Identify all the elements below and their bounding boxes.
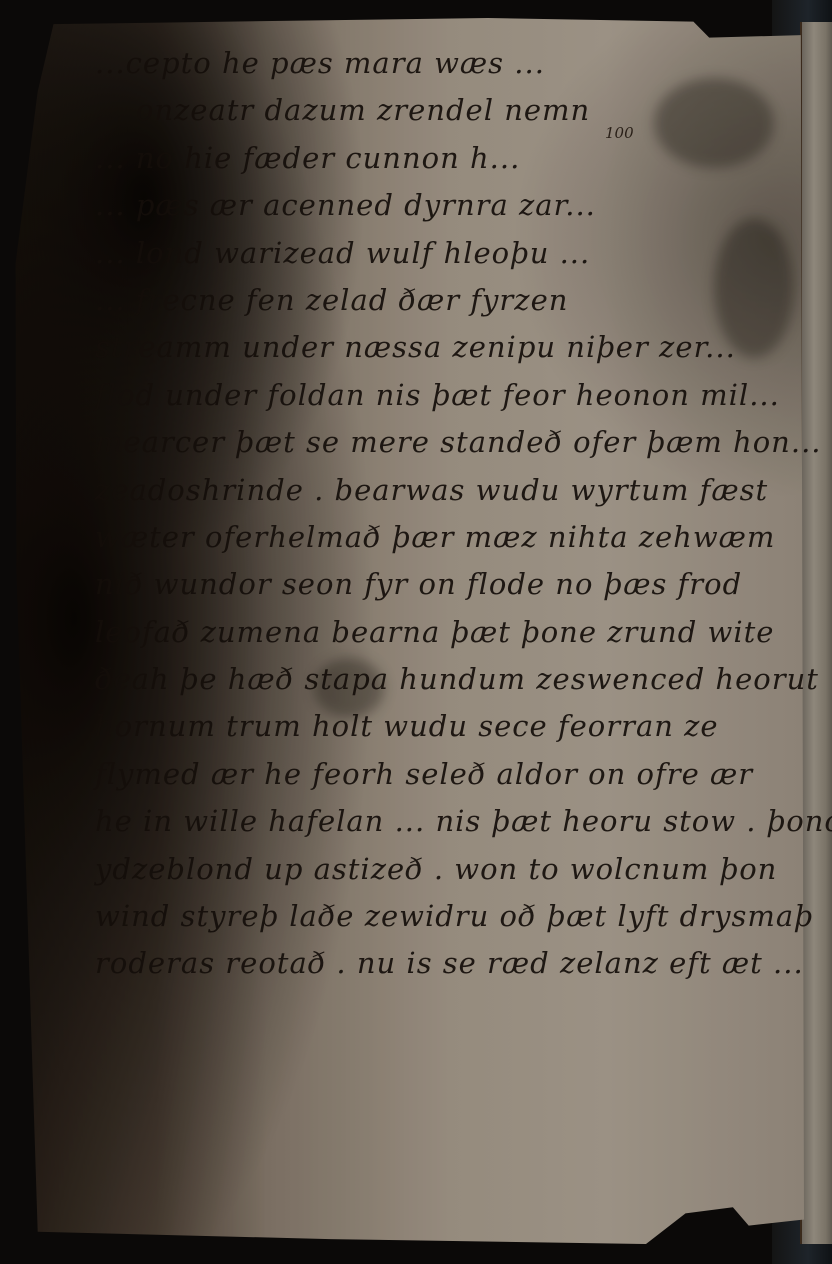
text-line: ... onzeatr dazum zrendel nemn (95, 87, 775, 134)
text-line: flod under foldan nis þæt feor heonon mi… (95, 372, 775, 419)
manuscript-text: ...cepto he pæs mara wæs ... ... onzeatr… (95, 40, 775, 988)
text-line: ... frecne fen zelad ðær fyrzen (95, 277, 775, 324)
text-line: ...cepto he pæs mara wæs ... (95, 40, 775, 87)
text-line: ... no hie fæder cunnon h... (95, 135, 775, 182)
text-line: ... pæs ær acenned dyrnra zar... (95, 182, 775, 229)
text-line: nið wundor seon fyr on flode no þæs frod (95, 561, 775, 608)
text-line: ydzeblond up astizeð . won to wolcnum þo… (95, 846, 775, 893)
text-line: zeadoshrinde . bearwas wudu wyrtum fæst (95, 467, 775, 514)
text-line: he in wille hafelan ... nis þæt heoru st… (95, 798, 775, 845)
text-line: wind styreþ laðe zewidru oð þæt lyft dry… (95, 893, 775, 940)
text-line: wæter oferhelmað þær mæz nihta zehwæm (95, 514, 775, 561)
text-line: ... lond warizead wulf hleoþu ... (95, 230, 775, 277)
text-line: ðeah þe hæð stapa hundum zeswenced heoru… (95, 656, 775, 703)
text-line: streamm under næssa zenipu niþer zer... (95, 324, 775, 371)
text-line: hornum trum holt wudu sece feorran ze (95, 703, 775, 750)
text-line: flymed ær he feorh seleð aldor on ofre æ… (95, 751, 775, 798)
text-line: mearcer þæt se mere standeð ofer þæm hon… (95, 419, 775, 466)
adjacent-leaf-edge (800, 22, 832, 1244)
text-line: roderas reotað . nu is se ræd zelanz eft… (95, 940, 775, 987)
text-line: leofað zumena bearna þæt þone zrund wite (95, 609, 775, 656)
